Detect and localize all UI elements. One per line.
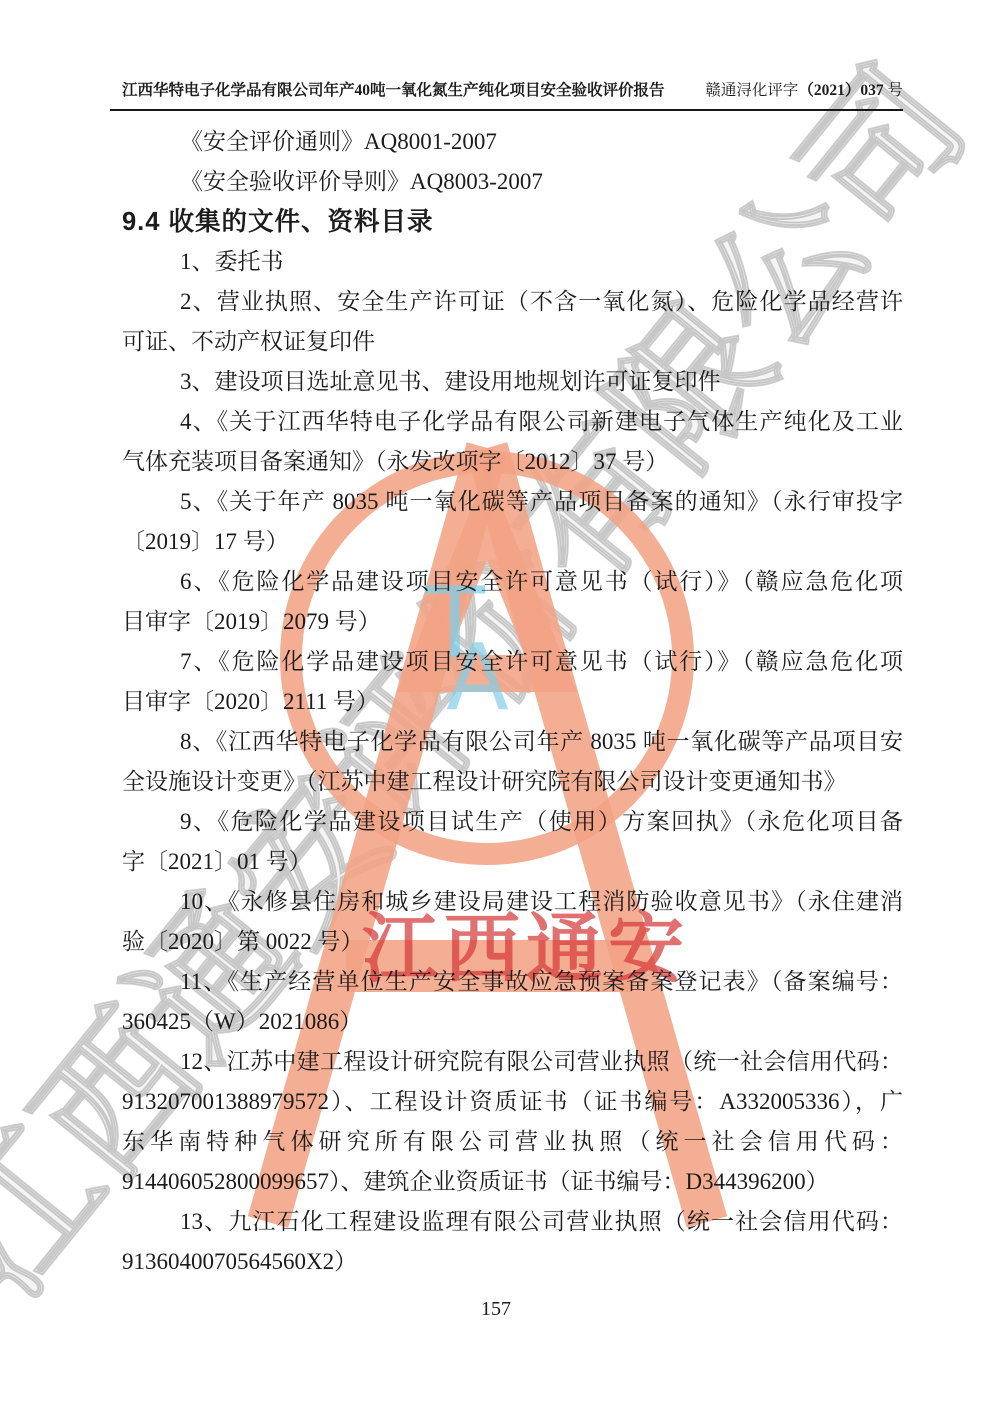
header-divider — [110, 109, 903, 111]
text-line: 4、《关于江西华特电子化学品有限公司新建电子气体生产纯化及工业 — [122, 402, 903, 442]
text-line: 验〔2020〕第 0022 号） — [122, 922, 903, 962]
text-line: 字〔2021〕01 号） — [122, 842, 903, 882]
text-line: 《安全验收评价导则》AQ8003-2007 — [122, 162, 903, 202]
header-doc-number-value: （2021）037 — [798, 82, 883, 99]
text-line: 12、江苏中建工程设计研究院有限公司营业执照（统一社会信用代码： — [122, 1042, 903, 1082]
text-line: 13、九江石化工程建设监理有限公司营业执照（统一社会信用代码： — [122, 1202, 903, 1242]
text-line: 7、《危险化学品建设项目安全许可意见书（试行）》（赣应急危化项 — [122, 642, 903, 682]
text-line: 可证、不动产权证复印件 — [122, 322, 903, 362]
text-line: 6、《危险化学品建设项目安全许可意见书（试行）》（赣应急危化项 — [122, 562, 903, 602]
text-line: 目审字〔2019〕2079 号） — [122, 602, 903, 642]
text-line: 11、《生产经营单位生产安全事故应急预案备案登记表》（备案编号： — [122, 962, 903, 1002]
header-doc-number-prefix: 赣通浔化评字 — [705, 82, 798, 99]
page-header: 江西华特电子化学品有限公司年产40吨一氧化氮生产纯化项目安全验收评价报告 赣通浔… — [122, 80, 903, 102]
text-line: 气体充装项目备案通知》（永发改项字〔2012〕37 号） — [122, 442, 903, 482]
text-line: 全设施设计变更》（江苏中建工程设计研究院有限公司设计变更通知书》 — [122, 762, 903, 802]
header-doc-number: 赣通浔化评字（2021）037 号 — [705, 80, 903, 102]
text-line: 3、建设项目选址意见书、建设用地规划许可证复印件 — [122, 362, 903, 402]
document-body: 《安全评价通则》AQ8001-2007 《安全验收评价导则》AQ8003-200… — [122, 122, 903, 1282]
text-line: 9、《危险化学品建设项目试生产（使用）方案回执》（永危化项目备 — [122, 802, 903, 842]
text-line: 913207001388979572）、工程设计资质证书（证书编号：A33200… — [122, 1082, 903, 1122]
text-line: 360425（W）2021086） — [122, 1002, 903, 1042]
document-page: 江西通安评价有限公司 T A 江西通安 江西华特电子化学品有限公司年产40吨一氧… — [0, 0, 992, 1403]
header-report-title: 江西华特电子化学品有限公司年产40吨一氧化氮生产纯化项目安全验收评价报告 — [122, 80, 665, 102]
text-line: 5、《关于年产 8035 吨一氧化碳等产品项目备案的通知》（永行审投字 — [122, 482, 903, 522]
text-line: 9136040070564560X2） — [122, 1242, 903, 1282]
text-line: 〔2019〕17 号） — [122, 522, 903, 562]
text-line: 《安全评价通则》AQ8001-2007 — [122, 122, 903, 162]
section-heading: 9.4 收集的文件、资料目录 — [122, 202, 903, 242]
text-line: 914406052800099657）、建筑企业资质证书（证书编号：D34439… — [122, 1162, 903, 1202]
text-line: 8、《江西华特电子化学品有限公司年产 8035 吨一氧化碳等产品项目安 — [122, 722, 903, 762]
text-line: 2、营业执照、安全生产许可证（不含一氧化氮）、危险化学品经营许 — [122, 282, 903, 322]
header-doc-number-suffix: 号 — [884, 82, 903, 99]
text-line: 目审字〔2020〕2111 号） — [122, 682, 903, 722]
page-number: 157 — [0, 1298, 992, 1321]
text-line: 东华南特种气体研究所有限公司营业执照（统一社会信用代码： — [122, 1122, 903, 1162]
text-line: 10、《永修县住房和城乡建设局建设工程消防验收意见书》（永住建消 — [122, 882, 903, 922]
text-line: 1、委托书 — [122, 242, 903, 282]
